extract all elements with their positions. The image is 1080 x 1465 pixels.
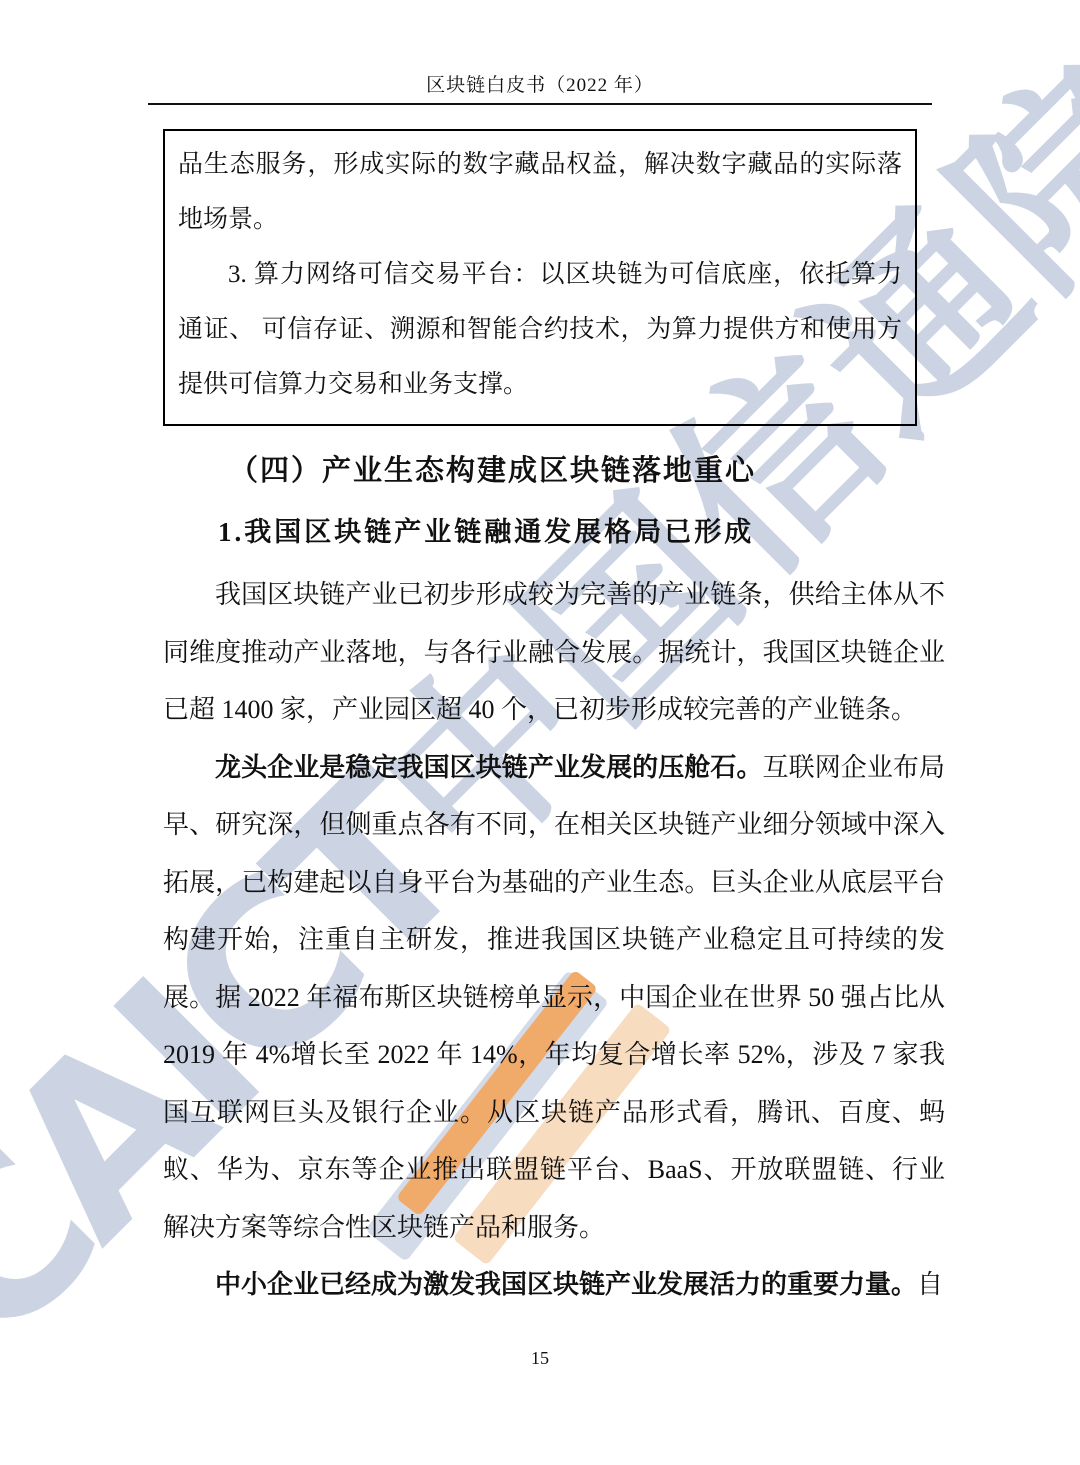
paragraph-1-text: 我国区块链产业已初步形成较为完善的产业链条，供给主体从不同维度推动产业落地，与各… xyxy=(163,580,945,724)
body-paragraph-3: 中小企业已经成为激发我国区块链产业发展活力的重要力量。自 xyxy=(163,1256,945,1314)
paragraph-2-text: 互联网企业布局早、研究深，但侧重点各有不同，在相关区块链产业细分领域中深入拓展，… xyxy=(163,753,945,1242)
paragraph-2-lead: 龙头企业是稳定我国区块链产业发展的压舱石。 xyxy=(215,752,763,782)
callout-box: 品生态服务，形成实际的数字藏品权益，解决数字藏品的实际落地场景。 3. 算力网络… xyxy=(163,129,917,426)
callout-paragraph-1: 品生态服务，形成实际的数字藏品权益，解决数字藏品的实际落地场景。 xyxy=(178,137,902,247)
header-rule xyxy=(148,103,932,105)
page-content: 区块链白皮书（2022 年） 品生态服务，形成实际的数字藏品权益，解决数字藏品的… xyxy=(0,0,1080,1465)
document-page: CAICT 中国信通院 区块链白皮书（2022 年） 品生态服务，形成实际的数字… xyxy=(0,0,1080,1465)
paragraph-3-text: 自 xyxy=(917,1270,943,1299)
section-heading: （四）产业生态构建成区块链落地重心 xyxy=(229,448,756,489)
paragraph-3-lead: 中小企业已经成为激发我国区块链产业发展活力的重要力量。 xyxy=(215,1269,917,1299)
body-text: 我国区块链产业已初步形成较为完善的产业链条，供给主体从不同维度推动产业落地，与各… xyxy=(163,566,945,1314)
section-subheading: 1.我国区块链产业链融通发展格局已形成 xyxy=(218,510,754,549)
page-number: 15 xyxy=(0,1348,1080,1369)
body-paragraph-2: 龙头企业是稳定我国区块链产业发展的压舱石。互联网企业布局早、研究深，但侧重点各有… xyxy=(163,739,945,1257)
body-paragraph-1: 我国区块链产业已初步形成较为完善的产业链条，供给主体从不同维度推动产业落地，与各… xyxy=(163,566,945,739)
running-header-title: 区块链白皮书（2022 年） xyxy=(0,70,1080,97)
callout-paragraph-2: 3. 算力网络可信交易平台：以区块链为可信底座，依托算力通证、 可信存证、溯源和… xyxy=(178,247,902,412)
